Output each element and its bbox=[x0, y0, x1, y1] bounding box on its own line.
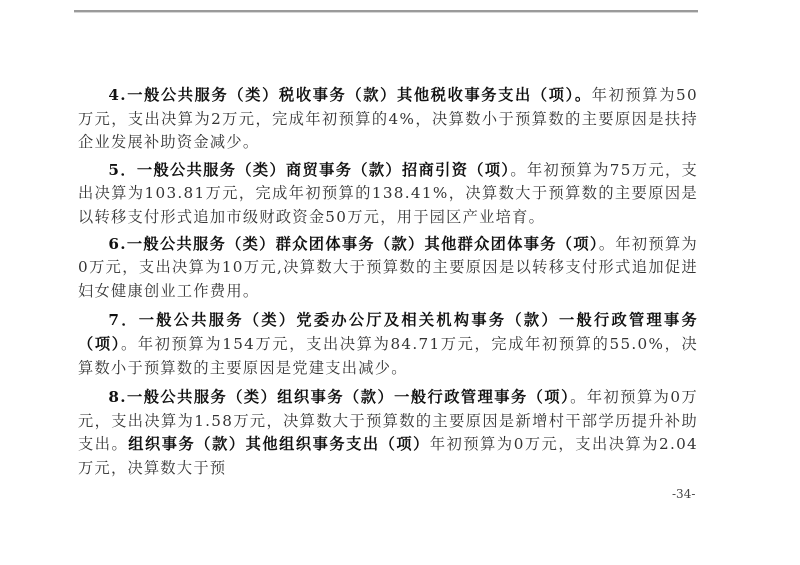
paragraph-item-6: 6.一般公共服务（类）群众团体事务（款）其他群众团体事务（项）。年初预算为0万元… bbox=[78, 233, 698, 304]
paragraph-item-8: 8.一般公共服务（类）组织事务（款）一般行政管理事务（项）。年初预算为0万元，支… bbox=[78, 386, 698, 480]
document-body: 4.一般公共服务（类）税收事务（款）其他税收事务支出（项）。年初预算为50万元，… bbox=[78, 84, 698, 481]
item-4-heading: 4.一般公共服务（类）税收事务（款）其他税收事务支出（项）。 bbox=[108, 86, 591, 104]
paragraph-item-5: 5．一般公共服务（类）商贸事务（款）招商引资（项）。年初预算为75万元，支出决算… bbox=[78, 159, 698, 230]
item-5-heading: 5．一般公共服务（类）商贸事务（款）招商引资（项） bbox=[108, 161, 510, 179]
header-rule bbox=[74, 10, 698, 13]
paragraph-item-7: 7．一般公共服务（类）党委办公厅及相关机构事务（款）一般行政管理事务（项）。年初… bbox=[78, 309, 698, 380]
item-6-heading: 6.一般公共服务（类）群众团体事务（款）其他群众团体事务（项） bbox=[108, 235, 598, 253]
item-8-subheading: 组织事务（款）其他组织事务支出（项） bbox=[128, 435, 430, 453]
item-8-heading: 8.一般公共服务（类）组织事务（款）一般行政管理事务（项） bbox=[108, 388, 570, 406]
item-7-text: 。年初预算为154万元，支出决算为84.71万元，完成年初预算的55.0%，决算… bbox=[78, 335, 698, 377]
page-number: -34- bbox=[672, 487, 695, 501]
paragraph-item-4: 4.一般公共服务（类）税收事务（款）其他税收事务支出（项）。年初预算为50万元，… bbox=[78, 84, 698, 155]
